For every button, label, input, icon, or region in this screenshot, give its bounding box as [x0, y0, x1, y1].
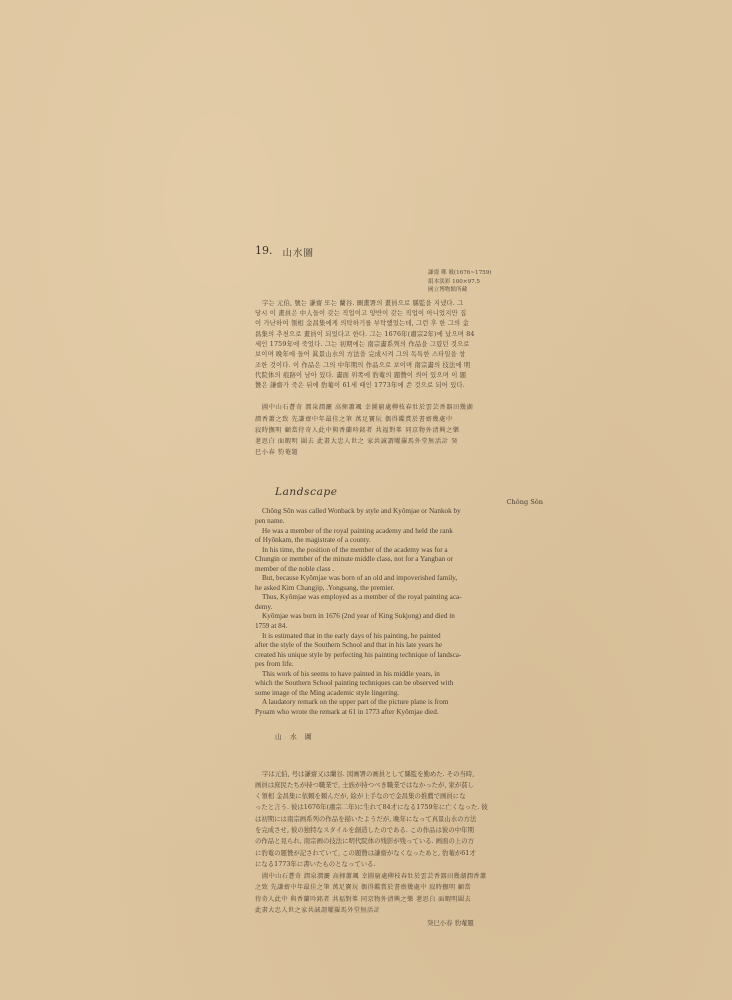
text-line: 圖中山石蒼奇 潤泉潤灑 高揮蕭颯 幸圖窮處柳枝春壯於雲芸香器田幾湖: [255, 402, 545, 413]
japanese-signature: 癸巳小春 豹菴題: [427, 918, 545, 927]
book-page: 19. 山水圖 謙齋 鄭 敾(1676~1759) 絹本淡彩 100×97.5 …: [255, 244, 545, 927]
text-line: This work of his seems to have painted i…: [255, 670, 545, 680]
text-line: の作品と見られ, 南宗画の技法に明代院体の残影が残っている. 画面の上の方: [255, 836, 545, 847]
text-line: 字は元伯, 号は謙齋又は蘭谷. 図画署の画員として縣監を勤めた. その当時,: [255, 769, 545, 780]
english-section: Landscape Chŏng Sŏn Chŏng Sŏn was called…: [255, 486, 545, 717]
japanese-description: 字は元伯, 号は謙齋又は蘭谷. 図画署の画員として縣監を勤めた. その当時,画員…: [255, 769, 545, 871]
text-line: pes from life.: [255, 660, 545, 670]
text-line: く領相 金昌集に依頼を頼んだが, 絵が上手なので金昌集の推薦で画員にな: [255, 791, 545, 802]
text-line: Thus, Kyŏmjae was employed as a member o…: [255, 593, 545, 603]
text-line: Chŏng Sŏn was called Wonback by style an…: [255, 507, 545, 517]
plate-title: 山水圖: [283, 244, 315, 260]
text-line: を完成させ, 彼の独特なスタイルを創造したのである. この作品は彼の中年期: [255, 825, 545, 836]
text-line: It is estimated that in the early days o…: [255, 632, 545, 642]
plate-number: 19.: [255, 244, 273, 260]
text-line: 贊은 謙齋가 죽은 뒤에 豹菴이 61세 때인 1773年에 쓴 것으로 되어 …: [255, 381, 545, 391]
korean-inscription: 圖中山石蒼奇 潤泉潤灑 高揮蕭颯 幸圖窮處柳枝春壯於雲芸香器田幾湖潤香蕭之致 先…: [255, 402, 545, 458]
text-line: に豹菴の題贊が記されていて, この題贊は謙齋がなくなったあと, 豹菴が61才: [255, 848, 545, 859]
artwork-metadata: 謙齋 鄭 敾(1676~1759) 絹本淡彩 100×97.5 國立博物館所藏: [428, 269, 545, 295]
text-line: 待奇人此中 與香蘭吟銘者 共福對峯 同京物外清興之樂 荖思白 面暇明圍去: [255, 894, 545, 905]
text-line: A laudatory remark on the upper part of …: [255, 698, 545, 708]
text-line: He was a member of the royal painting ac…: [255, 527, 545, 537]
text-line: 寂時撫明 顧當待奇人此中與香蘭吟銘者 共福對峯 同京物外清興之樂: [255, 425, 545, 436]
medium-dimensions: 絹本淡彩 100×97.5: [428, 278, 545, 287]
text-line: Pyoam who wrote the remark at 61 in 1773…: [255, 708, 545, 718]
english-author: Chŏng Sŏn: [255, 498, 543, 507]
text-line: he asked Kim Changjip, .Yongsang, the pr…: [255, 584, 545, 594]
text-line: Chungin or member of the minute middle c…: [255, 555, 545, 565]
text-line: になる1773年に書いたものとなっている.: [255, 859, 545, 870]
text-line: 潤香蕭之致 先謙齋中年最佳之筆 萬足寶玩 偶得鑑賞於書齋幾處中: [255, 414, 545, 425]
text-line: some image of the Ming academic style li…: [255, 689, 545, 699]
text-line: But, because Kyŏmjae was born of an old …: [255, 574, 545, 584]
text-line: Kyŏmjae was born in 1676 (2nd year of Ki…: [255, 612, 545, 622]
plate-heading: 19. 山水圖: [255, 244, 545, 260]
japanese-title: 山 水 圖: [275, 731, 545, 743]
text-line: pen name.: [255, 517, 545, 527]
english-title: Landscape: [275, 486, 545, 498]
text-line: は初期には南宗画系列の作品を描いたようだが, 晩年になって真景山水の方法: [255, 814, 545, 825]
text-line: member of the noble class .: [255, 565, 545, 575]
text-line: 조한 것이다. 이 作品은 그의 中年期의 作品으로 보이며 南宗畵의 技法에 …: [255, 361, 545, 371]
text-line: ったと言う. 彼は1676年(肅宗二年)に生れて84才になる1759年に亡くなっ…: [255, 802, 545, 813]
text-line: 당시 이 畫員은 中人들이 갖는 직업이고 양반이 갖는 직업이 아니었지만 집: [255, 309, 545, 319]
artist-credit: 謙齋 鄭 敾(1676~1759): [428, 269, 545, 278]
text-line: 荖思白 面暇明 圍去 此畫大忠人世之 家共誠謂曜羅馬外堂無活計 癸: [255, 436, 545, 447]
text-line: 昌集의 추천으로 畫員이 되었다고 한다. 그는 1676年(肅宗2年)에 났으…: [255, 330, 545, 340]
text-line: 이 가난하여 領相 金昌集에게 의탁하기를 부탁했었는데, 그런 후 한 그의 …: [255, 319, 545, 329]
korean-description: 字는 元伯, 號는 謙齋 또는 蘭谷. 圖畫署의 畫員으로 縣監을 지냈다. 그…: [255, 299, 545, 392]
collection: 國立博物館所藏: [428, 286, 545, 295]
text-line: demy.: [255, 603, 545, 613]
text-line: 字는 元伯, 號는 謙齋 또는 蘭谷. 圖畫署의 畫員으로 縣監을 지냈다. 그: [255, 299, 545, 309]
text-line: after the style of the Southern School a…: [255, 641, 545, 651]
text-line: 代院体의 痕跡이 남아 있다. 畵面 위쪽에 豹菴의 題贊이 씌어 있으며 이 …: [255, 371, 545, 381]
text-line: which the Southern School painting techn…: [255, 679, 545, 689]
text-line: 세인 1759年에 죽었다. 그는 初期에는 南宗畵系列의 作品을 그렸던 것으…: [255, 340, 545, 350]
english-description: Chŏng Sŏn was called Wonback by style an…: [255, 507, 545, 717]
text-line: of Hyŏnkam, the magistrate of a county.: [255, 536, 545, 546]
japanese-inscription: 圖中山石蒼奇 潤泉潤灑 高揮蕭颯 幸圖窮處柳枝春壯於雲芸香器田幾湖潤香蕭之致 先…: [255, 871, 545, 916]
text-line: 之致 先謙齋中年最佳之筆 萬足寶玩 偶得鑑賞於書齋幾處中 寂時撫明 顧當: [255, 882, 545, 893]
text-line: created his unique style by perfecting h…: [255, 651, 545, 661]
text-line: 此畫大忠人世之家共誠謂曜羅馬外堂無活計: [255, 905, 545, 916]
text-line: 画員は庶民たちが持つ職業で, 士族が持つべき職業ではなかったが, 家が貧し: [255, 780, 545, 791]
text-line: 圖中山石蒼奇 潤泉潤灑 高揮蕭颯 幸圖窮處柳枝春壯於雲芸香器田幾湖潤香蕭: [255, 871, 545, 882]
text-line: 巳小春 豹菴題: [255, 447, 545, 458]
text-line: 보이며 晩年에 들어 眞景山水의 方法을 完成시켜 그의 독특한 스타일을 창: [255, 350, 545, 360]
text-line: In his time, the position of the member …: [255, 546, 545, 556]
text-line: 1759 at 84.: [255, 622, 545, 632]
